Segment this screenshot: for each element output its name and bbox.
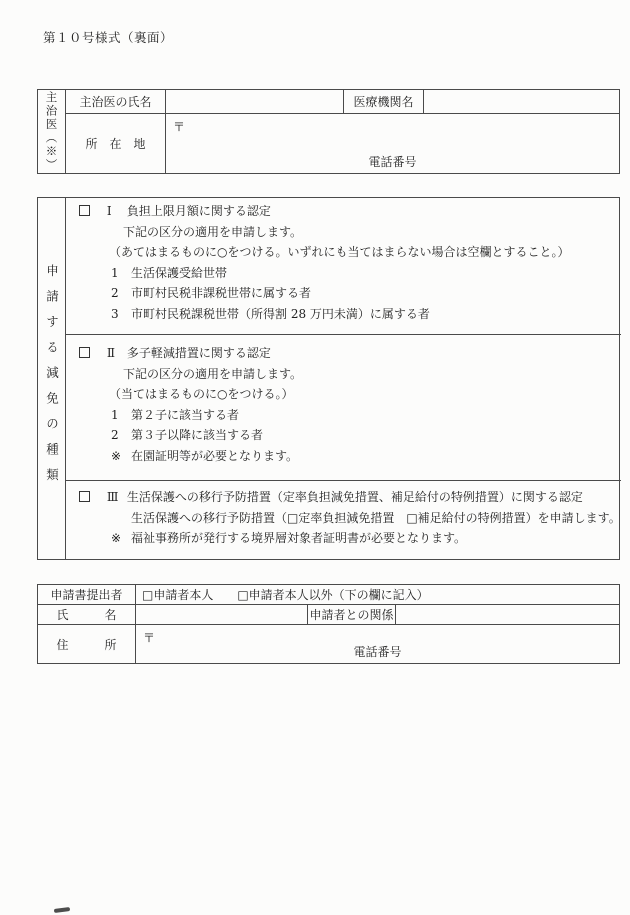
- doctor-table: 主治医（※） 主治医の氏名 医療機関名 所 在 地 〒 電話番号: [37, 89, 620, 174]
- section-1-title: 負担上限月額に関する認定: [127, 204, 271, 218]
- item-number: 2: [111, 425, 131, 446]
- form-page: 第１０号様式（裏面） 主治医（※） 主治医の氏名 医療機関名 所 在 地 〒 電…: [0, 0, 630, 915]
- exemption-side-header: 申請する減免の種類: [38, 198, 66, 559]
- postal-mark-icon: 〒: [173, 118, 185, 135]
- section-3-subtitle: 生活保護への移行予防措置（□定率負担減免措置 □補足給付の特例措置）を申請します…: [66, 508, 621, 529]
- submitter-options[interactable]: □申請者本人 □申請者本人以外（下の欄に記入）: [136, 585, 619, 605]
- doctor-side-label: 主治医（※）: [44, 91, 60, 172]
- submitter-name-field[interactable]: [136, 605, 308, 625]
- item-text: 生活保護受給世帯: [131, 266, 227, 280]
- item-text: 市町村民税非課税世帯に属する者: [131, 286, 311, 300]
- exemption-item: 1生活保護受給世帯: [66, 263, 621, 284]
- section-3-title: 生活保護への移行予防措置（定率負担減免措置、補足給付の特例措置）に関する認定: [127, 490, 583, 504]
- exemption-section-2: Ⅱ多子軽減措置に関する認定 下記の区分の適用を申請します。 （当てはまるものに○…: [66, 335, 621, 481]
- exemption-item: 2第３子以降に該当する者: [66, 425, 621, 446]
- section-3-footnote: ※福祉事務所が発行する境界層対象者証明書が必要となります。: [66, 528, 621, 549]
- submitter-table: 申請書提出者 □申請者本人 □申請者本人以外（下の欄に記入） 氏 名 申請者との…: [37, 584, 620, 664]
- page-title: 第１０号様式（裏面）: [43, 28, 173, 46]
- item-number: 1: [111, 263, 131, 284]
- relation-label: 申請者との関係: [308, 605, 396, 625]
- footnote-text: 福祉事務所が発行する境界層対象者証明書が必要となります。: [131, 531, 466, 545]
- submitter-address-field[interactable]: 〒 電話番号: [136, 625, 619, 663]
- section-1-checkbox-icon[interactable]: [79, 205, 90, 216]
- submitter-phone-label: 電話番号: [136, 643, 619, 660]
- footnote-text: 在園証明等が必要となります。: [131, 449, 298, 463]
- medical-org-field[interactable]: [424, 90, 619, 114]
- doctor-address-field[interactable]: 〒 電話番号: [166, 114, 619, 173]
- section-2-subtitle: 下記の区分の適用を申請します。: [66, 364, 621, 385]
- exemption-side-label: 申請する減免の種類: [43, 264, 61, 494]
- item-number: 1: [111, 405, 131, 426]
- section-1-subtitle: 下記の区分の適用を申請します。: [66, 222, 621, 243]
- submitter-header-label: 申請書提出者: [38, 585, 136, 605]
- exemption-item: 3市町村民税課税世帯（所得割 28 万円未満）に属する者: [66, 304, 621, 325]
- relation-field[interactable]: [396, 605, 619, 625]
- item-number: 2: [111, 283, 131, 304]
- reference-mark-icon: ※: [111, 446, 131, 467]
- doctor-side-header: 主治医（※）: [38, 90, 66, 173]
- exemption-item: 2市町村民税非課税世帯に属する者: [66, 283, 621, 304]
- section-3-numeral: Ⅲ: [107, 487, 127, 508]
- section-2-checkbox-icon[interactable]: [79, 347, 90, 358]
- section-3-checkbox-icon[interactable]: [79, 491, 90, 502]
- exemption-table: 申請する減免の種類 Ⅰ負担上限月額に関する認定 下記の区分の適用を申請します。 …: [37, 197, 620, 560]
- submitter-name-label: 氏 名: [38, 605, 136, 625]
- submitter-address-label: 住 所: [38, 625, 136, 663]
- doctor-name-field[interactable]: [166, 90, 344, 114]
- item-number: 3: [111, 304, 131, 325]
- scan-artifact-mark: [54, 907, 70, 913]
- item-text: 第２子に該当する者: [131, 408, 239, 422]
- medical-org-label: 医療機関名: [344, 90, 424, 114]
- exemption-section-1: Ⅰ負担上限月額に関する認定 下記の区分の適用を申請します。 （あてはまるものに○…: [66, 198, 621, 335]
- reference-mark-icon: ※: [111, 528, 131, 549]
- section-2-numeral: Ⅱ: [107, 343, 127, 364]
- exemption-item: 1第２子に該当する者: [66, 405, 621, 426]
- item-text: 第３子以降に該当する者: [131, 428, 263, 442]
- section-2-title: 多子軽減措置に関する認定: [127, 346, 271, 360]
- section-1-note: （あてはまるものに○をつける。いずれにも当てはまらない場合は空欄とすること。）: [66, 242, 621, 263]
- doctor-name-label: 主治医の氏名: [66, 90, 166, 114]
- section-2-footnote: ※在園証明等が必要となります。: [66, 446, 621, 467]
- item-text: 市町村民税課税世帯（所得割 28 万円未満）に属する者: [131, 307, 430, 321]
- doctor-phone-label: 電話番号: [166, 153, 619, 170]
- section-1-numeral: Ⅰ: [107, 201, 127, 222]
- doctor-address-label: 所 在 地: [66, 114, 166, 173]
- section-2-note: （当てはまるものに○をつける。）: [66, 384, 621, 405]
- exemption-section-3: Ⅲ生活保護への移行予防措置（定率負担減免措置、補足給付の特例措置）に関する認定 …: [66, 481, 621, 559]
